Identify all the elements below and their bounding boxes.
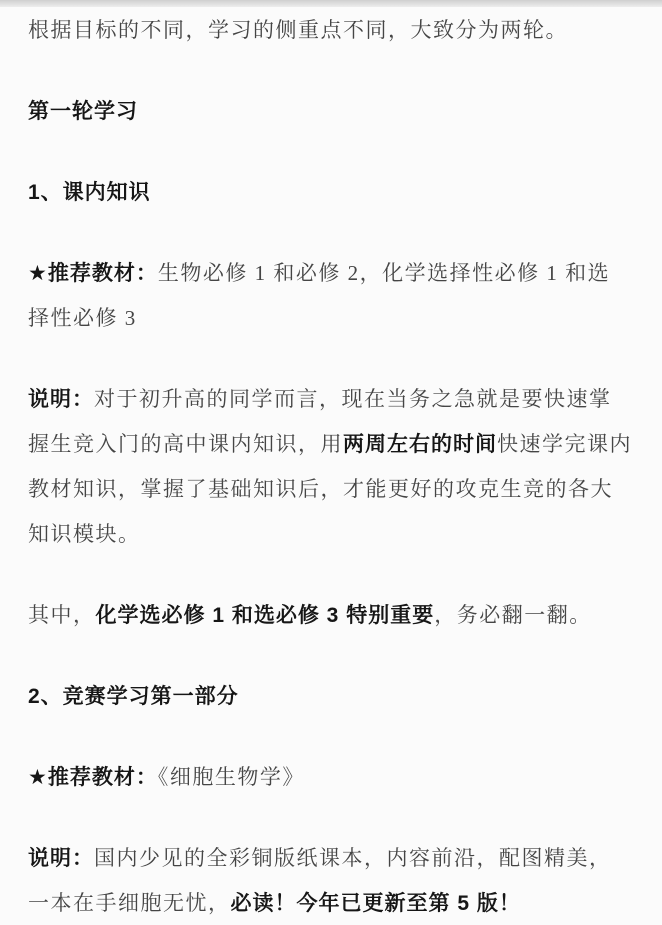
note2-paragraph: 说明：国内少见的全彩铜版纸课本，内容前沿，配图精美，一本在手细胞无忧，必读！今年… — [28, 836, 632, 925]
item2-heading: 2、竞赛学习第一部分 — [28, 674, 632, 719]
among-text-bold: 化学选必修 1 和选必修 3 特别重要 — [96, 604, 435, 627]
page-top-edge — [0, 0, 662, 7]
item1-heading: 1、课内知识 — [28, 170, 632, 215]
star-icon: ★ — [28, 262, 48, 285]
item2-heading-text: 2、竞赛学习第一部分 — [28, 685, 239, 708]
intro-text: 根据目标的不同，学习的侧重点不同，大致分为两轮。 — [28, 18, 568, 42]
recommend2-paragraph: ★推荐教材：《细胞生物学》 — [28, 755, 632, 800]
note2-label: 说明： — [28, 847, 94, 870]
note1-text-bold: 两周左右的时间 — [343, 433, 497, 456]
note1-paragraph: 说明：对于初升高的同学而言，现在当务之急就是要快速掌握生竞入门的高中课内知识，用… — [28, 377, 632, 557]
note1-label: 说明： — [28, 388, 94, 411]
among-paragraph: 其中，化学选必修 1 和选必修 3 特别重要，务必翻一翻。 — [28, 593, 632, 638]
recommend1-paragraph: ★推荐教材：生物必修 1 和必修 2，化学选择性必修 1 和选择性必修 3 — [28, 251, 632, 341]
item1-heading-text: 1、课内知识 — [28, 181, 151, 204]
recommend2-label: 推荐教材： — [48, 766, 158, 789]
recommend2-text: 《细胞生物学》 — [158, 765, 305, 789]
among-text-after: ，务必翻一翻。 — [434, 603, 592, 627]
document-page: 根据目标的不同，学习的侧重点不同，大致分为两轮。 第一轮学习 1、课内知识 ★推… — [0, 0, 662, 925]
recommend1-label: 推荐教材： — [48, 262, 158, 285]
note2-text-bold: 必读！今年已更新至第 5 版！ — [231, 892, 521, 915]
among-text-before: 其中， — [28, 603, 96, 627]
intro-paragraph: 根据目标的不同，学习的侧重点不同，大致分为两轮。 — [28, 8, 632, 53]
star-icon: ★ — [28, 766, 48, 789]
section1-heading-text: 第一轮学习 — [28, 100, 138, 123]
section1-heading: 第一轮学习 — [28, 89, 632, 134]
